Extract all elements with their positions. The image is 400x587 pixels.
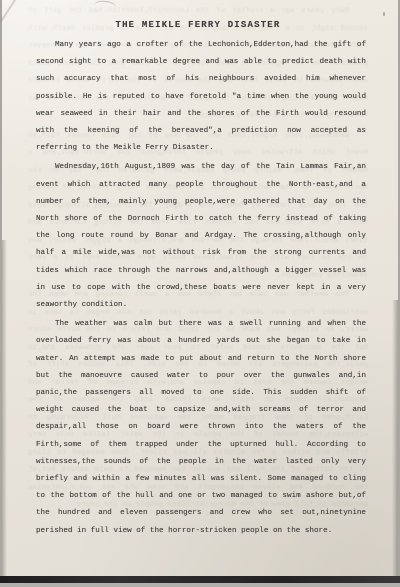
text-line: but the manoeuvre caused water to pour o…: [36, 368, 366, 385]
text-line: wear seaweed in their hair and the shore…: [36, 106, 366, 123]
paragraph: Many years ago a crofter of the Lechonic…: [36, 37, 366, 157]
text-line: Firth,some of them trapped under the upt…: [36, 437, 366, 454]
text-line: second sight to a remarkable degree and …: [36, 54, 366, 71]
text-line: water. An attempt was made to put about …: [36, 351, 366, 368]
text-line: The weather was calm but there was a swe…: [36, 316, 366, 333]
paragraph: Wednesday,16th August,1809 was the day o…: [36, 159, 366, 314]
text-line: seaworthy condition.: [36, 297, 366, 314]
text-line: tides which race through the narrows and…: [36, 263, 366, 280]
paper-speck: [383, 12, 385, 16]
scanned-document: Many years ago a crofter of the Lechonic…: [0, 0, 400, 587]
text-line: to the bottom of the hull and one or two…: [36, 488, 366, 505]
text-line: panic,the passengers all moved to one si…: [36, 385, 366, 402]
document-page: Many years ago a crofter of the Lechonic…: [2, 0, 398, 576]
text-line: number of them, mainly young people,were…: [36, 194, 366, 211]
text-line: perished in full view of the horror-stri…: [36, 523, 366, 540]
document-title: THE MEIKLE FERRY DISASTER: [2, 20, 394, 30]
paper-right-edge-shadow: [392, 300, 398, 576]
text-line: North shore of the Dornoch Firth to catc…: [36, 211, 366, 228]
crease-mark: [93, 0, 116, 14]
text-line: briefly and within a few minutes all was…: [36, 471, 366, 488]
text-line: possible. He is reputed to have foretold…: [36, 89, 366, 106]
text-line: the hundred and eleven passengers and cr…: [36, 505, 366, 522]
text-line: weight caused the boat to capsize and,wi…: [36, 402, 366, 419]
text-line: with the keening of the bereaved",a pred…: [36, 123, 366, 140]
scan-edge-band: [0, 576, 400, 583]
text-line: such accuracy that most of his neighbour…: [36, 71, 366, 88]
paragraph: The weather was calm but there was a swe…: [36, 316, 366, 540]
text-line: overloaded ferry was about a hundred yar…: [36, 333, 366, 350]
text-line: referring to the Meikle Ferry Disaster.: [36, 140, 366, 157]
scan-background-strip: [0, 583, 400, 587]
text-line: half a mile wide,was not without risk fr…: [36, 245, 366, 262]
text-line: event which attracted many people throug…: [36, 177, 366, 194]
text-line: despair,all those on board were thrown i…: [36, 419, 366, 436]
text-line: Many years ago a crofter of the Lechonic…: [28, 3, 368, 21]
text-line: Wednesday,16th August,1809 was the day o…: [36, 159, 366, 176]
text-line: Many years ago a crofter of the Lechonic…: [36, 37, 366, 54]
text-line: in use to cope with the crowd,these boat…: [36, 280, 366, 297]
text-line: the long route round by Bonar and Ardgay…: [36, 228, 366, 245]
paper-left-edge-shadow: [2, 240, 7, 576]
text-line: witnesses,the sounds of the people in th…: [36, 454, 366, 471]
document-body: Many years ago a crofter of the Lechonic…: [36, 37, 366, 540]
fold-crease-mark: [1, 0, 17, 22]
